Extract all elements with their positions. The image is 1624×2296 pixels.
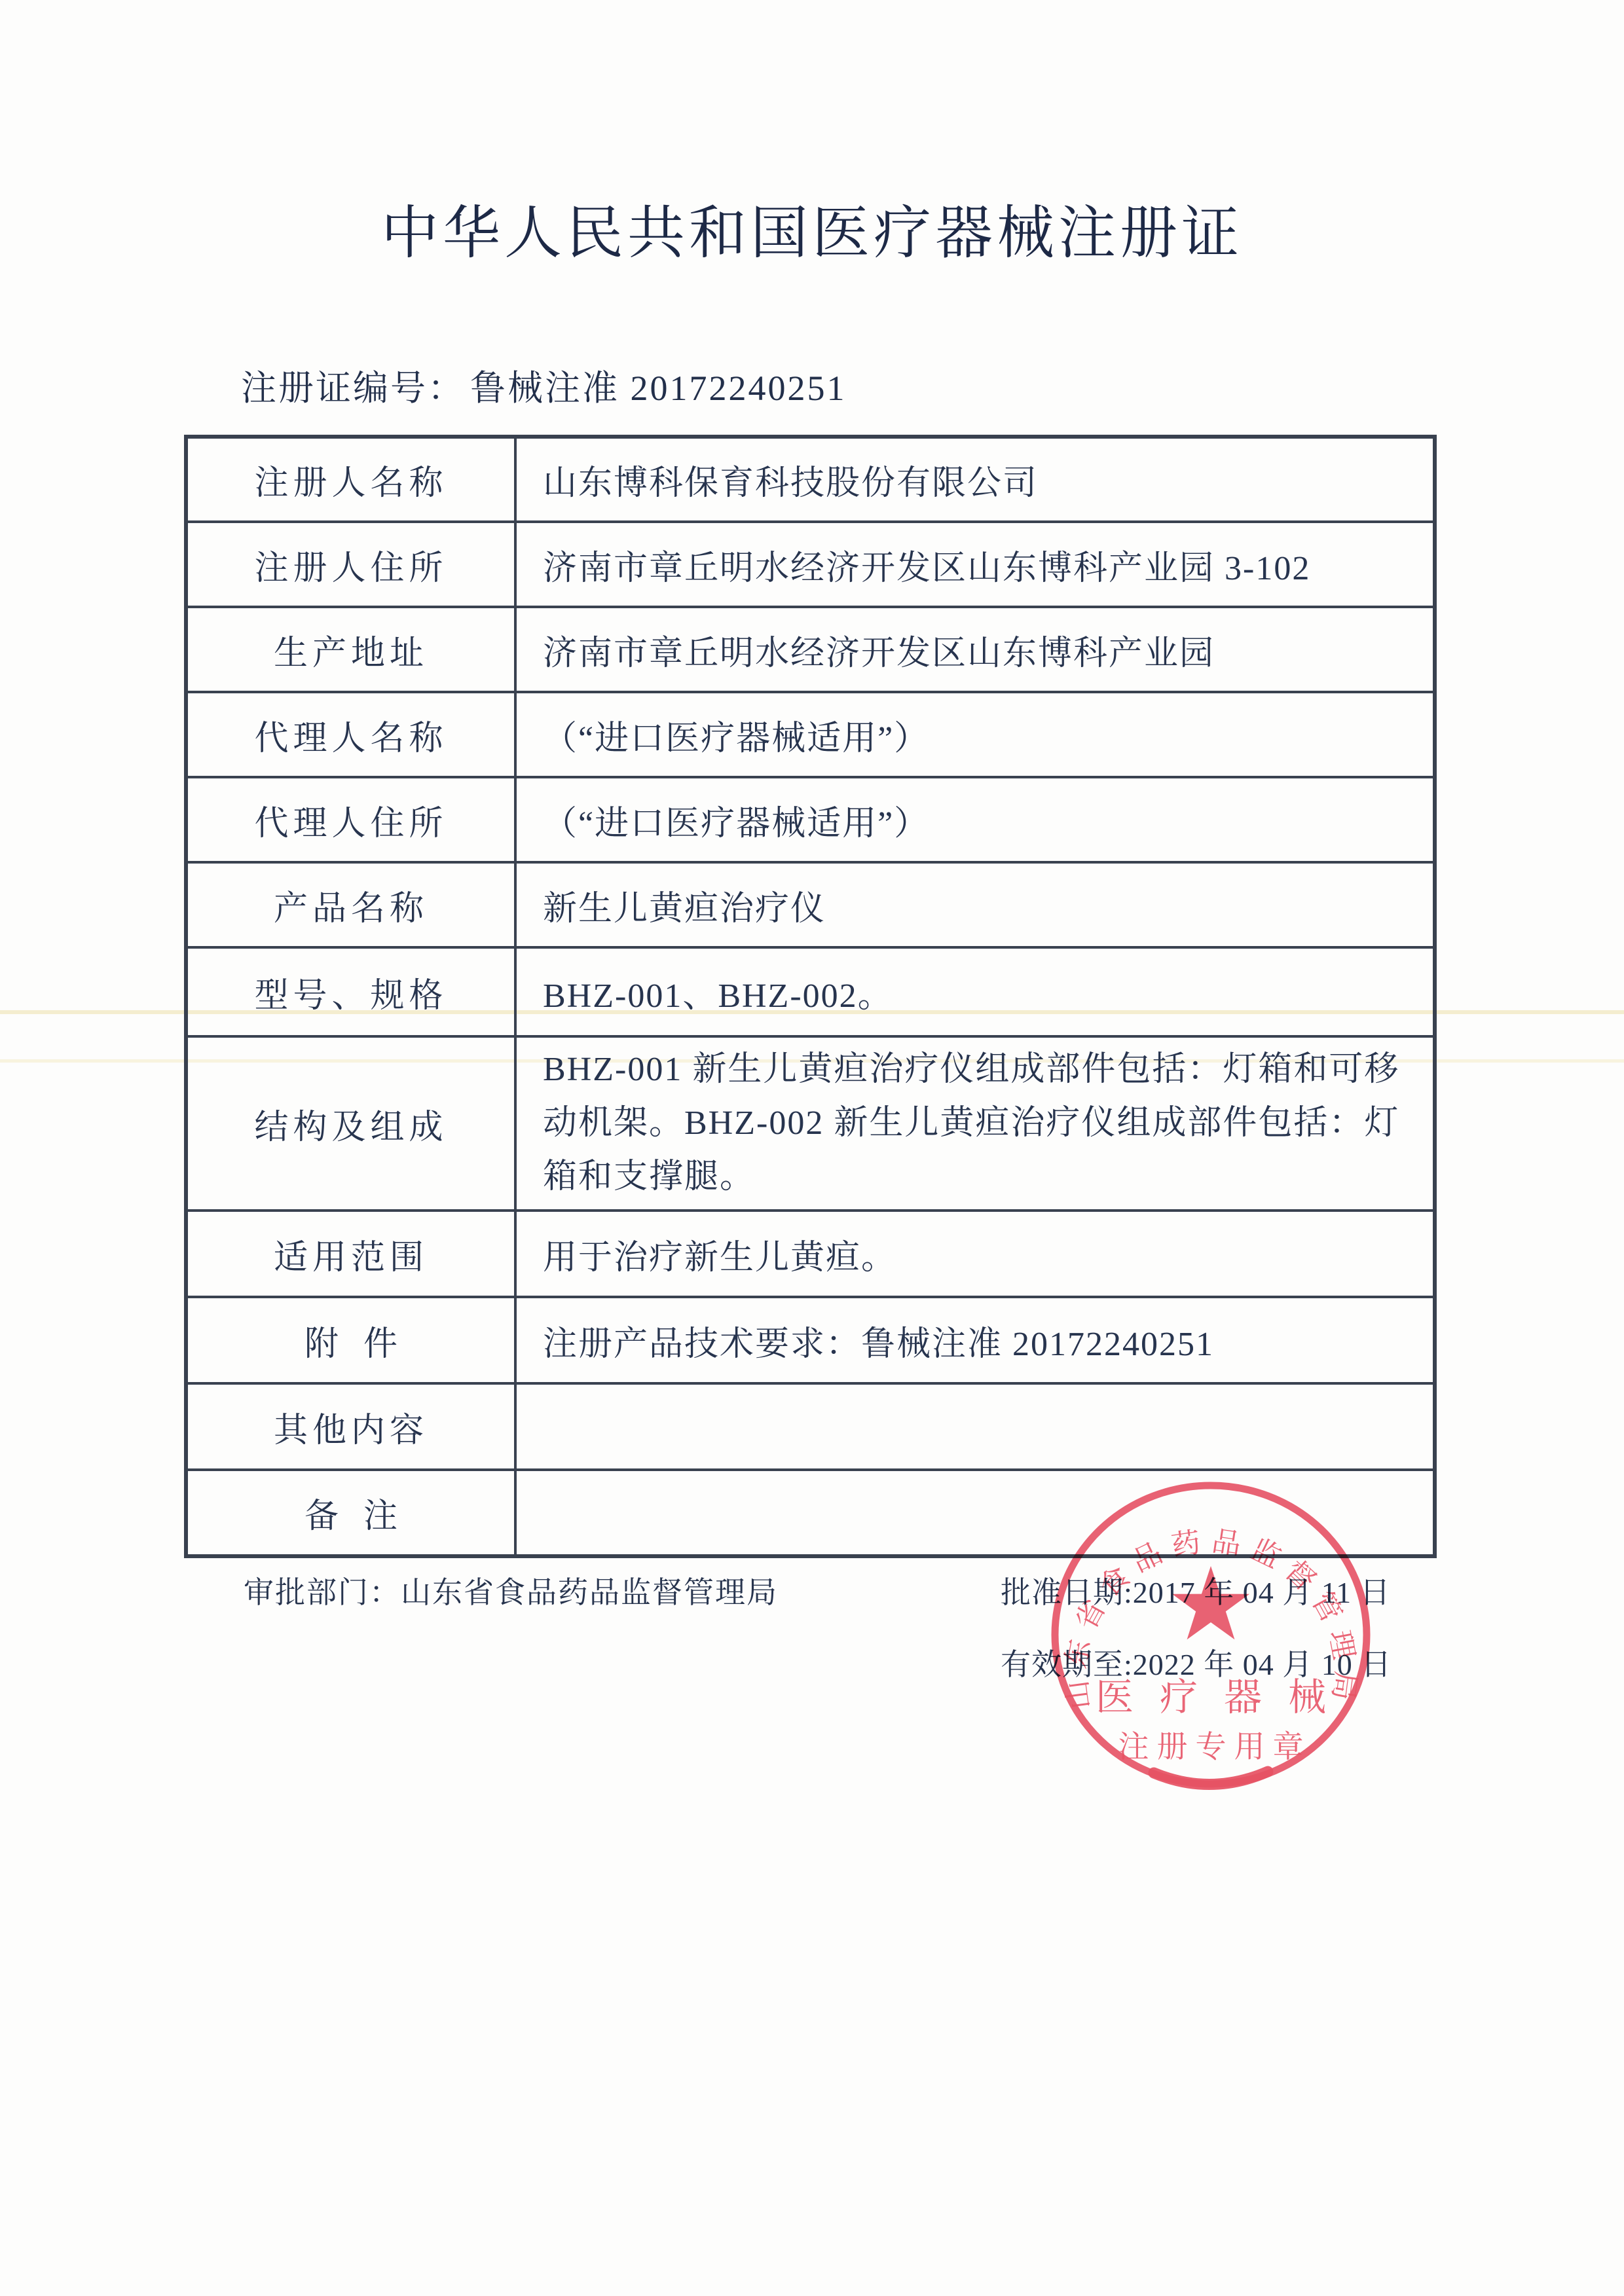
table-row: 结构及组成 BHZ-001 新生儿黄疸治疗仪组成部件包括：灯箱和可移动机架。BH…: [186, 1036, 1435, 1211]
field-label: 附件: [186, 1297, 515, 1383]
field-value: （“进口医疗器械适用”）: [515, 777, 1435, 862]
field-label: 注册人住所: [186, 522, 515, 607]
table-row: 生产地址 济南市章丘明水经济开发区山东博科产业园: [186, 607, 1435, 692]
field-label: 注册人名称: [186, 437, 515, 522]
cert-number-value: 鲁械注准 20172240251: [470, 369, 847, 408]
table-row: 注册人住所 济南市章丘明水经济开发区山东博科产业园 3-102: [186, 522, 1435, 607]
table-row: 其他内容: [186, 1383, 1435, 1470]
page-title: 中华人民共和国医疗器械注册证: [0, 187, 1624, 270]
stamp-registration-text: 注册专用章: [1118, 1730, 1312, 1764]
field-label: 备注: [186, 1470, 515, 1556]
field-value: （“进口医疗器械适用”）: [515, 692, 1435, 777]
cert-number-line: 注册证编号：鲁械注准 20172240251: [241, 360, 847, 410]
table-row: 附件 注册产品技术要求：鲁械注准 20172240251: [186, 1297, 1435, 1383]
field-value: BHZ-001 新生儿黄疸治疗仪组成部件包括：灯箱和可移动机架。BHZ-002 …: [515, 1036, 1435, 1211]
field-label: 型号、规格: [186, 947, 515, 1036]
certificate-page: 中华人民共和国医疗器械注册证 注册证编号：鲁械注准 20172240251 注册…: [0, 0, 1624, 2296]
field-value: 注册产品技术要求：鲁械注准 20172240251: [515, 1297, 1435, 1383]
table-row: 产品名称 新生儿黄疸治疗仪: [186, 862, 1435, 947]
table-row: 注册人名称 山东博科保育科技股份有限公司: [186, 437, 1435, 522]
stamp-device-text: 医疗器械: [1096, 1676, 1352, 1719]
field-label: 代理人名称: [186, 692, 515, 777]
stamp-ring-blob: [1154, 1772, 1268, 1785]
official-stamp: 山东省食品药品监督管理局 医疗器械 注册专用章: [1044, 1477, 1379, 1794]
field-value: 用于治疗新生儿黄疸。: [515, 1211, 1435, 1297]
field-value: BHZ-001、BHZ-002。: [515, 947, 1435, 1036]
field-value: [515, 1383, 1435, 1470]
certificate-table: 注册人名称 山东博科保育科技股份有限公司 注册人住所 济南市章丘明水经济开发区山…: [184, 435, 1437, 1558]
field-value: 山东博科保育科技股份有限公司: [515, 437, 1435, 522]
cert-number-label: 注册证编号：: [241, 369, 465, 408]
stamp-star-icon: [1172, 1566, 1249, 1639]
field-value: 济南市章丘明水经济开发区山东博科产业园: [515, 607, 1435, 692]
field-label: 代理人住所: [186, 777, 515, 862]
field-value: 济南市章丘明水经济开发区山东博科产业园 3-102: [515, 522, 1435, 607]
table-row: 适用范围 用于治疗新生儿黄疸。: [186, 1211, 1435, 1297]
field-value: 新生儿黄疸治疗仪: [515, 862, 1435, 947]
field-label: 产品名称: [186, 862, 515, 947]
table-row: 代理人名称 （“进口医疗器械适用”）: [186, 692, 1435, 777]
field-label: 其他内容: [186, 1383, 515, 1470]
approval-department: 审批部门：山东省食品药品监督管理局: [244, 1569, 778, 1612]
field-label: 结构及组成: [186, 1036, 515, 1211]
field-label: 适用范围: [186, 1211, 515, 1297]
table-row: 型号、规格 BHZ-001、BHZ-002。: [186, 947, 1435, 1036]
field-label: 生产地址: [186, 607, 515, 692]
table-row: 代理人住所 （“进口医疗器械适用”）: [186, 777, 1435, 862]
